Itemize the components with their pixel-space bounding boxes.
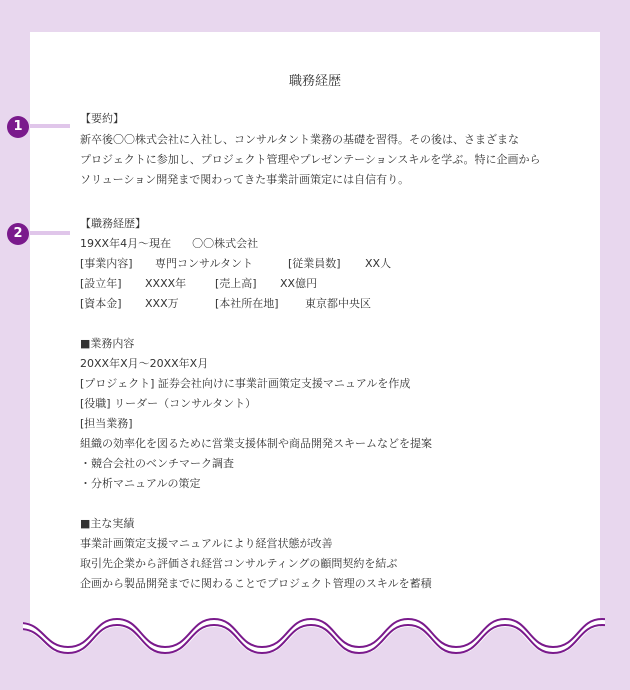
info-label: [本社所在地] [215, 297, 305, 311]
achievements-heading: ■主な実績 [80, 517, 134, 531]
info-value: XX人 [365, 257, 391, 271]
page-title: 職務経歴 [30, 70, 600, 89]
career-heading: 【職務経歴】 [80, 217, 146, 231]
summary-line: 新卒後〇〇株式会社に入社し、コンサルタント業務の基礎を習得。その後は、さまざまな [80, 133, 519, 147]
summary-line: プロジェクトに参加し、プロジェクト管理やプレゼンテーションスキルを学ぶ。特に企画… [80, 153, 540, 167]
wavy-bottom-edge [0, 610, 630, 690]
duties-line: 組織の効率化を図るために営業支援体制や商品開発スキームなどを提案 [80, 437, 432, 451]
info-value: XXXX年 [145, 277, 215, 291]
marker-1-badge: 1 [7, 116, 29, 138]
info-label: [売上高] [215, 277, 280, 291]
achievements-line: 取引先企業から評価され経営コンサルティングの顧問契約を結ぶ [80, 557, 397, 571]
info-value: 専門コンサルタント [155, 257, 288, 271]
duties-line: ・分析マニュアルの策定 [80, 477, 201, 491]
achievements-line: 企画から製品開発までに関わることでプロジェクト管理のスキルを蓄積 [80, 577, 432, 591]
info-label: [設立年] [80, 277, 145, 291]
duties-heading: ■業務内容 [80, 337, 134, 351]
marker-connector [30, 124, 70, 128]
achievements-line: 事業計画策定支援マニュアルにより経営状態が改善 [80, 537, 333, 551]
company-info-row: [事業内容]専門コンサルタント[従業員数]XX人 [80, 257, 391, 271]
summary-heading: 【要約】 [80, 112, 124, 126]
info-label: [事業内容] [80, 257, 155, 271]
info-value: 東京都中央区 [305, 297, 371, 311]
info-value: XXX万 [145, 297, 215, 311]
marker-connector [30, 231, 70, 235]
summary-line: ソリューション開発まで関わってきた事業計画策定には自信有り。 [80, 173, 409, 187]
career-period: 19XX年4月～現在 [80, 237, 171, 250]
duties-line: [プロジェクト] 証券会社向けに事業計画策定支援マニュアルを作成 [80, 377, 410, 391]
info-label: [資本金] [80, 297, 145, 311]
company-info-row: [設立年]XXXX年[売上高]XX億円 [80, 277, 317, 291]
duties-line: [担当業務] [80, 417, 133, 431]
duties-line: 20XX年X月～20XX年X月 [80, 357, 208, 371]
info-label: [従業員数] [288, 257, 365, 271]
duties-line: ・競合会社のベンチマーク調査 [80, 457, 234, 471]
career-company: 〇〇株式会社 [192, 237, 258, 250]
resume-page: 職務経歴 【要約】 新卒後〇〇株式会社に入社し、コンサルタント業務の基礎を習得。… [30, 32, 600, 652]
career-period-line: 19XX年4月～現在 〇〇株式会社 [80, 237, 258, 251]
info-value: XX億円 [280, 277, 317, 291]
company-info-row: [資本金]XXX万[本社所在地]東京都中央区 [80, 297, 371, 311]
duties-line: [役職] リーダー（コンサルタント） [80, 397, 256, 411]
marker-2-badge: 2 [7, 223, 29, 245]
